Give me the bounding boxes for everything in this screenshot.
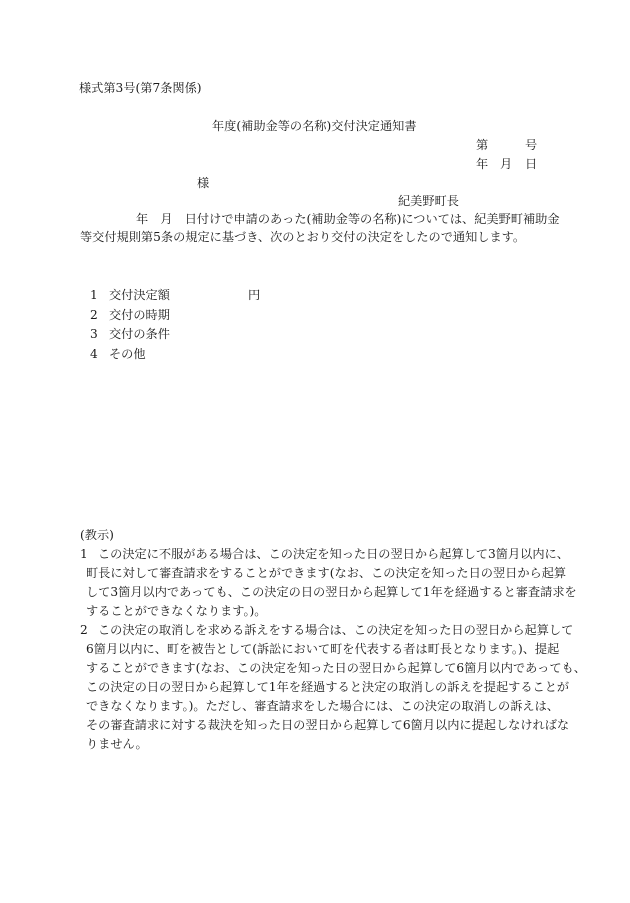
date-day: 日 xyxy=(525,155,537,173)
notice-paragraph: 1この決定に不服がある場合は、この決定を知った日の翌日から起算して3箇月以内に、… xyxy=(80,545,560,621)
decision-items-list: 1 交付決定額 円 2 交付の時期 3 交付の条件 4 その他 xyxy=(90,286,290,364)
notice-line: この決定の日の翌日から起算して1年を経過すると決定の取消しの訴えを提起することが xyxy=(80,678,560,697)
item-label: 交付の時期 xyxy=(109,306,170,324)
appeal-notice: (教示) 1この決定に不服がある場合は、この決定を知った日の翌日から起算して3箇… xyxy=(80,526,560,754)
notice-heading: (教示) xyxy=(80,526,560,545)
list-item: 3 交付の条件 xyxy=(90,325,290,345)
document-title: 年度(補助金等の名称)交付決定通知書 xyxy=(212,117,417,135)
notice-line: 町長に対して審査請求をすることができます(なお、この決定を知った日の翌日から起算 xyxy=(80,564,560,583)
list-item: 4 その他 xyxy=(90,345,290,365)
notice-text: この決定に不服がある場合は、この決定を知った日の翌日から起算して3箇月以内に、 xyxy=(98,547,569,561)
date-year: 年 xyxy=(476,155,488,173)
notice-text: この決定の取消しを求める訴えをする場合は、この決定を知った日の翌日から起算して xyxy=(98,623,573,637)
notice-line: その審査請求に対する裁決を知った日の翌日から起算して6箇月以内に提起しなければな xyxy=(80,716,560,735)
list-item: 1 交付決定額 円 xyxy=(90,286,290,306)
item-label: 交付決定額 xyxy=(109,286,170,304)
notice-line: することができなくなります。)。 xyxy=(80,602,560,621)
reference-suffix: 号 xyxy=(525,136,537,154)
item-unit: 円 xyxy=(248,286,260,304)
notice-number: 1 xyxy=(80,545,98,563)
recipient-honorific: 様 xyxy=(197,174,209,192)
notice-line: できなくなります。)。ただし、審査請求をした場合には、この決定の取消しの訴えは、 xyxy=(80,697,560,716)
body-line: 年 月 日付けで申請のあった(補助金等の名称)については、紀美野町補助金 xyxy=(80,210,554,228)
notice-line: することができます(なお、この決定を知った日の翌日から起算して6箇月以内であって… xyxy=(80,659,560,678)
item-number: 3 xyxy=(90,325,98,343)
notice-number: 2 xyxy=(80,621,98,639)
item-number: 2 xyxy=(90,306,98,324)
item-number: 1 xyxy=(90,286,98,304)
body-paragraph: 年 月 日付けで申請のあった(補助金等の名称)については、紀美野町補助金 等交付… xyxy=(80,210,554,246)
reference-prefix: 第 xyxy=(476,136,488,154)
item-number: 4 xyxy=(90,345,98,363)
notice-line: 2この決定の取消しを求める訴えをする場合は、この決定を知った日の翌日から起算して xyxy=(80,621,560,640)
date-month: 月 xyxy=(500,155,512,173)
item-label: 交付の条件 xyxy=(109,325,170,343)
list-item: 2 交付の時期 xyxy=(90,306,290,326)
sender-name: 紀美野町長 xyxy=(398,192,459,210)
notice-line: 1この決定に不服がある場合は、この決定を知った日の翌日から起算して3箇月以内に、 xyxy=(80,545,560,564)
body-line: 等交付規則第5条の規定に基づき、次のとおり交付の決定をしたので通知します。 xyxy=(80,228,554,246)
form-number: 様式第3号(第7条関係) xyxy=(79,79,202,97)
item-label: その他 xyxy=(109,345,146,363)
notice-line: 6箇月以内に、町を被告として(訴訟において町を代表する者は町長となります。)、提… xyxy=(80,640,560,659)
notice-paragraph: 2この決定の取消しを求める訴えをする場合は、この決定を知った日の翌日から起算して… xyxy=(80,621,560,754)
notice-line: して3箇月以内であっても、この決定の日の翌日から起算して1年を経過すると審査請求… xyxy=(80,583,560,602)
notice-line: りません。 xyxy=(80,735,560,754)
